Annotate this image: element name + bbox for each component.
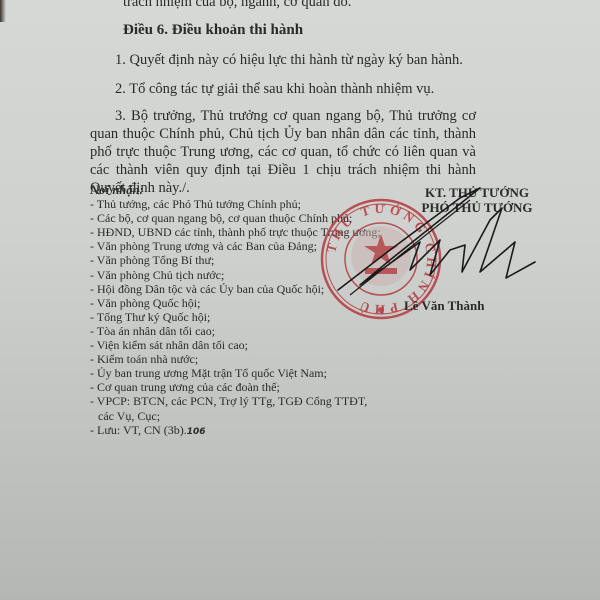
clause-2: 2. Tổ công tác tự giải thể sau khi hoàn … <box>115 81 434 98</box>
document-page: trách nhiệm của bộ, ngành, cơ quan đó. Đ… <box>0 0 600 600</box>
recipient-continuation: các Vụ, Cục; <box>90 409 381 423</box>
clause-1: 1. Quyết định này có hiệu lực thi hành t… <box>115 52 463 69</box>
cut-off-text-line: trách nhiệm của bộ, ngành, cơ quan đó. <box>123 0 351 11</box>
recipient-archive: - Lưu: VT, CN (3b).106 <box>90 423 381 439</box>
recipient-item: - Tòa án nhân dân tối cao; <box>90 324 381 338</box>
recipient-item: - Ủy ban trung ương Mặt trận Tổ quốc Việ… <box>90 366 381 380</box>
recipient-item: - Viện kiểm sát nhân dân tối cao; <box>90 338 381 352</box>
photo-edge-shadow <box>0 0 6 22</box>
recipient-item: - Cơ quan trung ương của các đoàn thể; <box>90 380 381 394</box>
recipient-item: - VPCP: BTCN, các PCN, Trợ lý TTg, TGĐ C… <box>90 394 381 408</box>
article-heading: Điều 6. Điều khoản thi hành <box>123 22 303 39</box>
recipient-item: - Kiểm toán nhà nước; <box>90 352 381 366</box>
archive-text: - Lưu: VT, CN (3b). <box>90 423 187 437</box>
signer-name: Lê Văn Thành <box>404 298 484 314</box>
handwritten-note: 106 <box>187 427 206 437</box>
